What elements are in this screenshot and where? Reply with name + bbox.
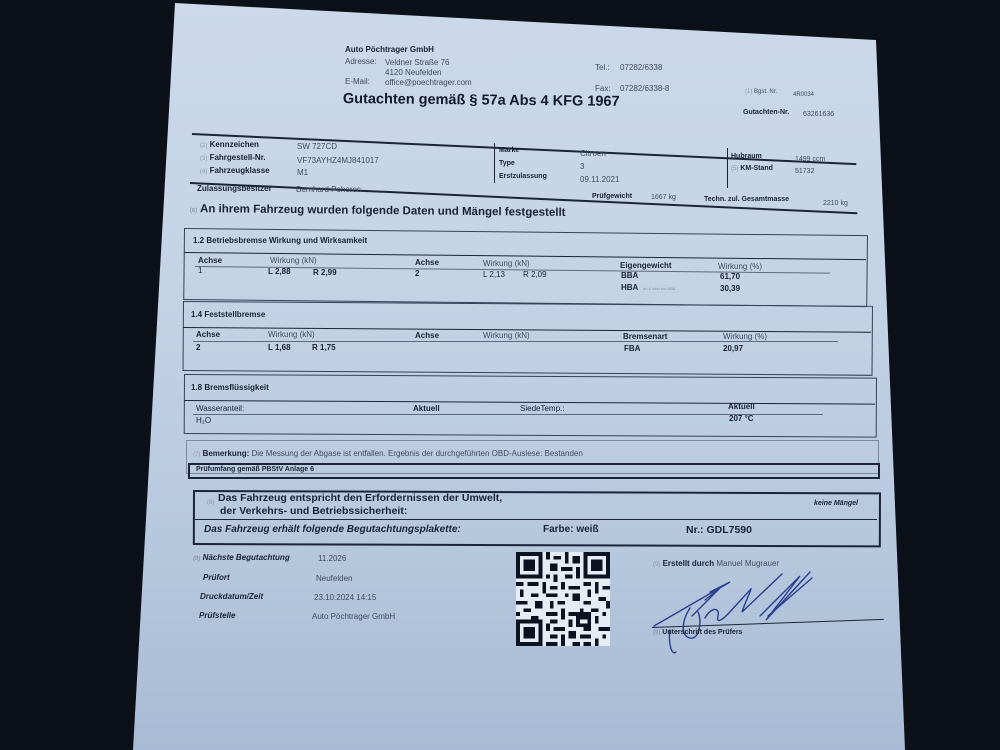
col-header: Wirkung (kN)	[270, 256, 317, 265]
conformity-line1: Das Fahrzeug entspricht den Erforderniss…	[218, 492, 502, 504]
pruefort-value: Neufelden	[316, 574, 352, 583]
conformity-line2: der Verkehrs- und Betriebssicherheit:	[220, 505, 407, 517]
axle-1-right: R 2,99	[313, 268, 337, 277]
address-line2: 4120 Neufelden	[385, 68, 442, 77]
h2o-label: H₂O	[196, 416, 211, 425]
hba-value: 30,39	[720, 284, 740, 293]
fb-right: R 1,75	[312, 343, 336, 352]
marker-icon: (4)	[200, 169, 207, 175]
fahrgestell-value: VF73AYHZ4MJ841017	[297, 156, 379, 165]
col-header: SiedeTemp.:	[520, 404, 564, 413]
pruefgewicht-value: 1667 kg	[651, 194, 676, 201]
druck-label: Druckdatum/Zeit	[200, 592, 263, 601]
remark-text: Die Messung der Abgase ist entfallen. Er…	[252, 449, 583, 458]
col-header: Wasseranteil:	[196, 404, 244, 413]
fb-axle: 2	[196, 343, 200, 352]
kennzeichen-label: Kennzeichen	[210, 140, 259, 149]
marker-icon: (7)	[193, 452, 200, 458]
gesamtmasse-value: 2210 kg	[823, 200, 848, 207]
axle-1-left: L 2,88	[268, 267, 291, 276]
pruefgewicht-label: Prüfgewicht	[592, 193, 632, 200]
email-label: E-Mail:	[345, 77, 370, 86]
tel-label: Tel.:	[595, 63, 610, 72]
pruefstelle-label: Prüfstelle	[199, 611, 235, 620]
fb-art: FBA	[624, 344, 640, 353]
hubraum-label: Hubraum	[731, 153, 762, 160]
gesamtmasse-label: Techn. zul. Gesamtmasse	[704, 196, 789, 203]
besitzer-label: Zulassungsbesitzer	[197, 184, 272, 193]
fax-value: 07282/6338-8	[620, 84, 669, 93]
besitzer-value: Bernhard Pohorec	[296, 185, 361, 194]
col-header: Achse	[415, 258, 439, 267]
col-header: Wirkung (kN)	[483, 259, 530, 268]
nr-label: Nr.:	[686, 524, 704, 536]
col-header: Eigengewicht	[620, 261, 672, 270]
unterschrift-label: Unterschrift des Prüfers	[662, 629, 742, 636]
fahrzeugklasse-value: M1	[297, 168, 308, 177]
col-header: Achse	[415, 331, 439, 340]
marke-value: Citroen	[580, 149, 606, 158]
bgst-value: 4R0034	[793, 92, 814, 98]
next-label: Nächste Begutachtung	[203, 553, 290, 562]
marker-icon: (1)	[745, 89, 752, 95]
fahrzeugklasse-label: Fahrzeugklasse	[210, 166, 270, 175]
bba-label: BBA	[621, 271, 638, 280]
section-1-4-title: 1.4 Feststellbremse	[191, 310, 265, 319]
col-header: Wirkung (%)	[718, 262, 762, 271]
next-value: 11.2026	[318, 554, 346, 563]
col-header: Wirkung (%)	[723, 332, 767, 341]
address-line1: Veldner Straße 76	[385, 58, 449, 67]
tel-value: 07282/6338	[620, 63, 662, 72]
siedetemp-value: 207 °C	[729, 414, 754, 423]
axle-2-left: L 2,13	[483, 270, 505, 279]
kennzeichen-value: SW 727CD	[297, 142, 337, 151]
col-header: Aktuell	[413, 404, 440, 413]
pruefort-label: Prüfort	[203, 573, 230, 582]
col-header: Achse	[198, 256, 222, 265]
pruefstelle-value: Auto Pöchtrager GmbH	[312, 612, 395, 621]
type-value: 3	[580, 162, 584, 171]
erstzulassung-label: Erstzulassung	[499, 173, 547, 180]
bba-value: 61,70	[720, 272, 740, 281]
inspection-report: Auto Pöchtrager GmbH Adresse: Veldner St…	[0, 0, 1000, 750]
findings-heading: An ihrem Fahrzeug wurden folgende Daten …	[200, 203, 566, 219]
farbe-value: weiß	[576, 524, 598, 535]
company-name: Auto Pöchtrager GmbH	[345, 45, 434, 54]
fax-label: Fax:	[595, 84, 611, 93]
address-label: Adresse:	[345, 57, 377, 66]
qr-code-icon	[516, 552, 610, 646]
druck-value: 23.10.2024 14:15	[314, 593, 376, 602]
marker-icon: (9)	[653, 630, 660, 636]
farbe-label: Farbe:	[543, 524, 574, 535]
document-title: Gutachten gemäß § 57a Abs 4 KFG 1967	[343, 91, 620, 110]
marker-icon: (6)	[190, 208, 197, 214]
section-1-2-title: 1.2 Betriebsbremse Wirkung und Wirksamke…	[193, 236, 367, 245]
marker-icon: (5)	[731, 166, 738, 172]
gutachten-number: 63261636	[803, 111, 834, 118]
bgst-label: Bgst. Nr.	[754, 89, 777, 95]
fahrgestell-label: Fahrgestell-Nr.	[210, 153, 266, 162]
marker-icon: (3)	[200, 156, 207, 162]
axle-2: 2	[415, 269, 419, 278]
signature-icon	[650, 560, 890, 660]
plakette-number: GDL7590	[706, 524, 752, 536]
km-stand-label: KM-Stand	[740, 165, 773, 172]
marker-icon: (9)	[193, 556, 200, 562]
hba-note: ab 4 oder bei BBA	[643, 286, 675, 291]
section-1-8-title: 1.8 Bremsflüssigkeit	[191, 383, 269, 392]
col-header: Aktuell	[728, 402, 755, 411]
plakette-label: Das Fahrzeug erhält folgende Begutachtun…	[204, 524, 461, 535]
email-value: office@poechtrager.com	[385, 78, 472, 87]
col-header: Wirkung (kN)	[268, 330, 315, 339]
qr-code	[516, 552, 610, 646]
conformity-result: keine Mängel	[814, 500, 858, 507]
fb-wirkung: 20,97	[723, 344, 743, 353]
marke-label: Marke	[499, 147, 519, 154]
axle-1: 1	[198, 266, 202, 275]
col-header: Bremsenart	[623, 332, 667, 341]
col-header: Wirkung (kN)	[483, 331, 530, 340]
hba-label: HBA	[621, 283, 638, 292]
gutachten-label: Gutachten-Nr.	[743, 109, 789, 116]
scope-text: Prüfumfang gemäß PBStV Anlage 6	[196, 466, 314, 473]
axle-2-right: R 2,09	[523, 270, 547, 279]
hubraum-value: 1499 ccm	[795, 156, 825, 163]
fb-left: L 1,68	[268, 343, 291, 352]
marker-icon: (8)	[207, 500, 214, 506]
km-stand-value: 51732	[795, 168, 814, 175]
type-label: Type	[499, 160, 515, 167]
remark-label: Bemerkung:	[203, 449, 250, 458]
col-header: Achse	[196, 330, 220, 339]
erstzulassung-value: 09.11.2021	[580, 175, 619, 184]
marker-icon: (2)	[200, 143, 207, 149]
